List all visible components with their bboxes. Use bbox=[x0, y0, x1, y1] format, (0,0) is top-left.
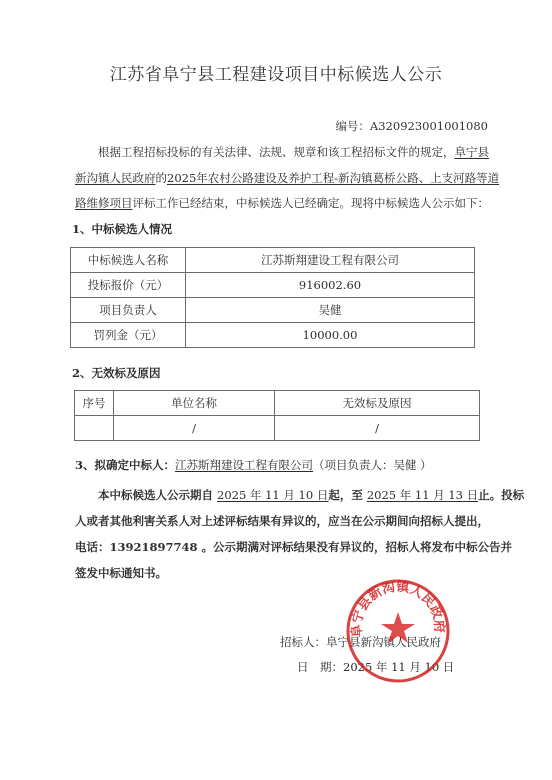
column-header: 单位名称 bbox=[114, 391, 275, 416]
table-row: / / bbox=[75, 416, 480, 441]
start-date: 2025 年 11 月 10 日 bbox=[217, 488, 328, 502]
table-row: 罚列金（元） 10000.00 bbox=[71, 323, 475, 348]
intro-text: 根据工程招标投标的有关法律、法规、规章和该工程招标文件的规定， bbox=[98, 145, 455, 159]
notice-text: 起，至 bbox=[328, 488, 367, 502]
project-name-part: 2025年农村公路建设及养护工程-新沟镇葛桥公路、上支河路等道 bbox=[167, 171, 499, 185]
document-number: 编号：A320923001001080 bbox=[335, 118, 488, 134]
cell: / bbox=[275, 416, 480, 441]
table-row: 项目负责人 吴健 bbox=[71, 298, 475, 323]
intro-text: 评标工作已经结束，中标候选人已经确定。现将中标候选人公示如下： bbox=[133, 196, 490, 210]
intro-line-2: 新沟镇人民政府的2025年农村公路建设及养护工程-新沟镇葛桥公路、上支河路等道 bbox=[75, 170, 489, 186]
row-label: 项目负责人 bbox=[71, 298, 186, 323]
tenderer-name-part: 阜宁县 bbox=[455, 145, 490, 159]
row-label: 罚列金（元） bbox=[71, 323, 186, 348]
table-row: 投标报价（元） 916002.60 bbox=[71, 273, 475, 298]
cell: / bbox=[114, 416, 275, 441]
row-value: 江苏斯翔建设工程有限公司 bbox=[186, 248, 475, 273]
official-seal-icon: 阜宁县新沟镇人民政府 bbox=[345, 578, 451, 684]
notice-text: 本中标候选人公示期自 bbox=[98, 488, 217, 502]
row-value: 10000.00 bbox=[186, 323, 475, 348]
row-value: 吴健 bbox=[186, 298, 475, 323]
row-label: 中标候选人名称 bbox=[71, 248, 186, 273]
column-header: 无效标及原因 bbox=[275, 391, 480, 416]
section1-heading: 1、中标候选人情况 bbox=[72, 221, 172, 237]
section3-line: 3、拟确定中标人：江苏斯翔建设工程有限公司（项目负责人：吴健 ） bbox=[75, 457, 432, 473]
intro-line-1: 根据工程招标投标的有关法律、法规、规章和该工程招标文件的规定，阜宁县 bbox=[75, 144, 489, 160]
row-value: 916002.60 bbox=[186, 273, 475, 298]
table-row: 中标候选人名称 江苏斯翔建设工程有限公司 bbox=[71, 248, 475, 273]
end-date: 2025 年 11 月 13 日 bbox=[367, 488, 478, 502]
document-title: 江苏省阜宁县工程建设项目中标候选人公示 bbox=[0, 60, 552, 85]
tenderer-name-part: 新沟镇人民政府 bbox=[75, 171, 156, 185]
winner-name: 江苏斯翔建设工程有限公司 bbox=[175, 458, 313, 472]
section2-heading: 2、无效标及原因 bbox=[72, 365, 161, 381]
intro-text: 的 bbox=[156, 171, 168, 185]
project-lead: （项目负责人：吴健 ） bbox=[313, 458, 432, 472]
candidate-table: 中标候选人名称 江苏斯翔建设工程有限公司 投标报价（元） 916002.60 项… bbox=[70, 247, 475, 348]
intro-line-3: 路维修项目评标工作已经结束，中标候选人已经确定。现将中标候选人公示如下： bbox=[75, 195, 489, 211]
project-name-part: 路维修项目 bbox=[75, 196, 133, 210]
column-header: 序号 bbox=[75, 391, 114, 416]
invalid-bid-table: 序号 单位名称 无效标及原因 / / bbox=[74, 390, 480, 441]
notice-line-3: 电话：13921897748 。公示期满对评标结果没有异议的，招标人将发布中标公… bbox=[75, 539, 489, 555]
cell bbox=[75, 416, 114, 441]
notice-line-2: 人或者其他利害关系人对上述评标结果有异议的，应当在公示期间向招标人提出， bbox=[75, 513, 489, 529]
row-label: 投标报价（元） bbox=[71, 273, 186, 298]
table-header-row: 序号 单位名称 无效标及原因 bbox=[75, 391, 480, 416]
notice-text: 止。投标 bbox=[478, 488, 524, 502]
section3-heading: 3、拟确定中标人： bbox=[75, 458, 175, 472]
notice-line-1: 本中标候选人公示期自 2025 年 11 月 10 日起，至 2025 年 11… bbox=[75, 487, 489, 503]
